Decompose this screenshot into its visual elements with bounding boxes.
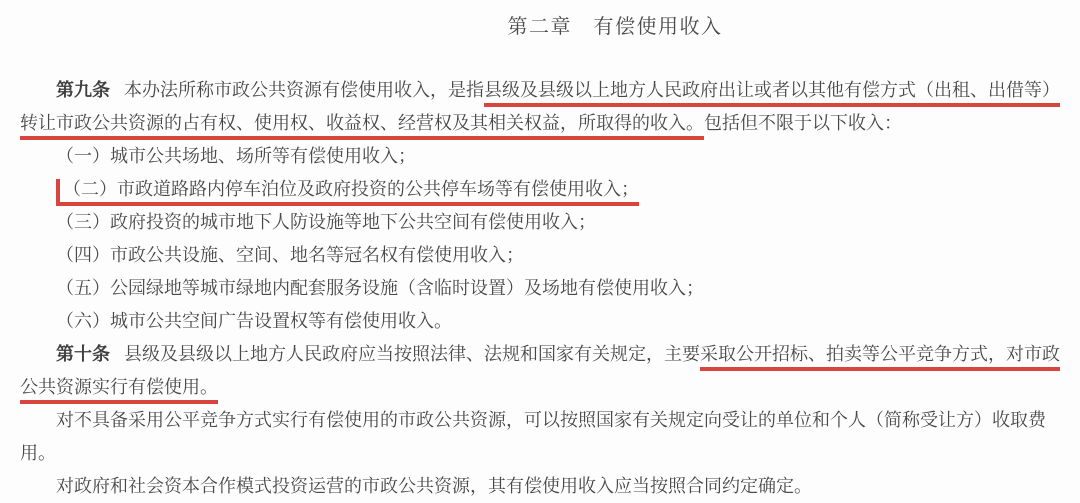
list-item-3-text: （三）政府投资的城市地下人防设施等地下公共空间有偿使用收入； <box>56 212 596 232</box>
closing-paragraph-1: 对不具备采用公平竞争方式实行有偿使用的市政公共资源，可以按照国家有关规定向受让的… <box>20 404 1060 470</box>
article-10-number: 第十条 <box>56 344 110 364</box>
closing-paragraph-1-text: 对不具备采用公平竞争方式实行有偿使用的市政公共资源，可以按照国家有关规定向受让的… <box>20 410 1046 463</box>
article-10-intro-text: 县级及县级以上地方人民政府应当按照法律、法规和国家有关规定，主要 <box>124 344 700 364</box>
closing-paragraph-2-text: 对政府和社会资本合作模式投资运营的市政公共资源，其有偿使用收入应当按照合同约定确… <box>56 476 812 496</box>
article-9-paragraph: 第九条本办法所称市政公共资源有偿使用收入，是指县级及县级以上地方人民政府出让或者… <box>20 74 1060 140</box>
article-9-number: 第九条 <box>56 80 110 100</box>
list-item-2-red-underlined-text: （二）市政道路路内停车泊位及政府投资的公共停车场等有偿使用收入； <box>56 179 639 206</box>
closing-paragraph-2: 对政府和社会资本合作模式投资运营的市政公共资源，其有偿使用收入应当按照合同约定确… <box>20 470 1060 503</box>
document-page: 第二章 有偿使用收入 第九条本办法所称市政公共资源有偿使用收入，是指县级及县级以… <box>0 0 1080 503</box>
article-9-outro-text: 包括但不限于以下收入： <box>704 113 902 133</box>
list-item-5-text: （五）公园绿地等城市绿地内配套服务设施（含临时设置）及场地有偿使用收入； <box>56 278 704 298</box>
list-item-1: （一）城市公共场地、场所等有偿使用收入； <box>20 140 1060 173</box>
chapter-title: 第二章 有偿使用收入 <box>20 12 1060 42</box>
list-item-4-text: （四）市政公共设施、空间、地名等冠名权有偿使用收入； <box>56 245 524 265</box>
list-item-4: （四）市政公共设施、空间、地名等冠名权有偿使用收入； <box>20 239 1060 272</box>
article-10-paragraph: 第十条县级及县级以上地方人民政府应当按照法律、法规和国家有关规定，主要采取公开招… <box>20 338 1060 404</box>
list-item-3: （三）政府投资的城市地下人防设施等地下公共空间有偿使用收入； <box>20 206 1060 239</box>
list-item-6-text: （六）城市公共空间广告设置权等有偿使用收入。 <box>56 311 452 331</box>
list-item-1-text: （一）城市公共场地、场所等有偿使用收入； <box>56 146 416 166</box>
list-item-6: （六）城市公共空间广告设置权等有偿使用收入。 <box>20 305 1060 338</box>
list-item-5: （五）公园绿地等城市绿地内配套服务设施（含临时设置）及场地有偿使用收入； <box>20 272 1060 305</box>
article-9-intro-text: 本办法所称市政公共资源有偿使用收入，是指 <box>124 80 484 100</box>
list-item-2: （二）市政道路路内停车泊位及政府投资的公共停车场等有偿使用收入； <box>20 173 1060 206</box>
